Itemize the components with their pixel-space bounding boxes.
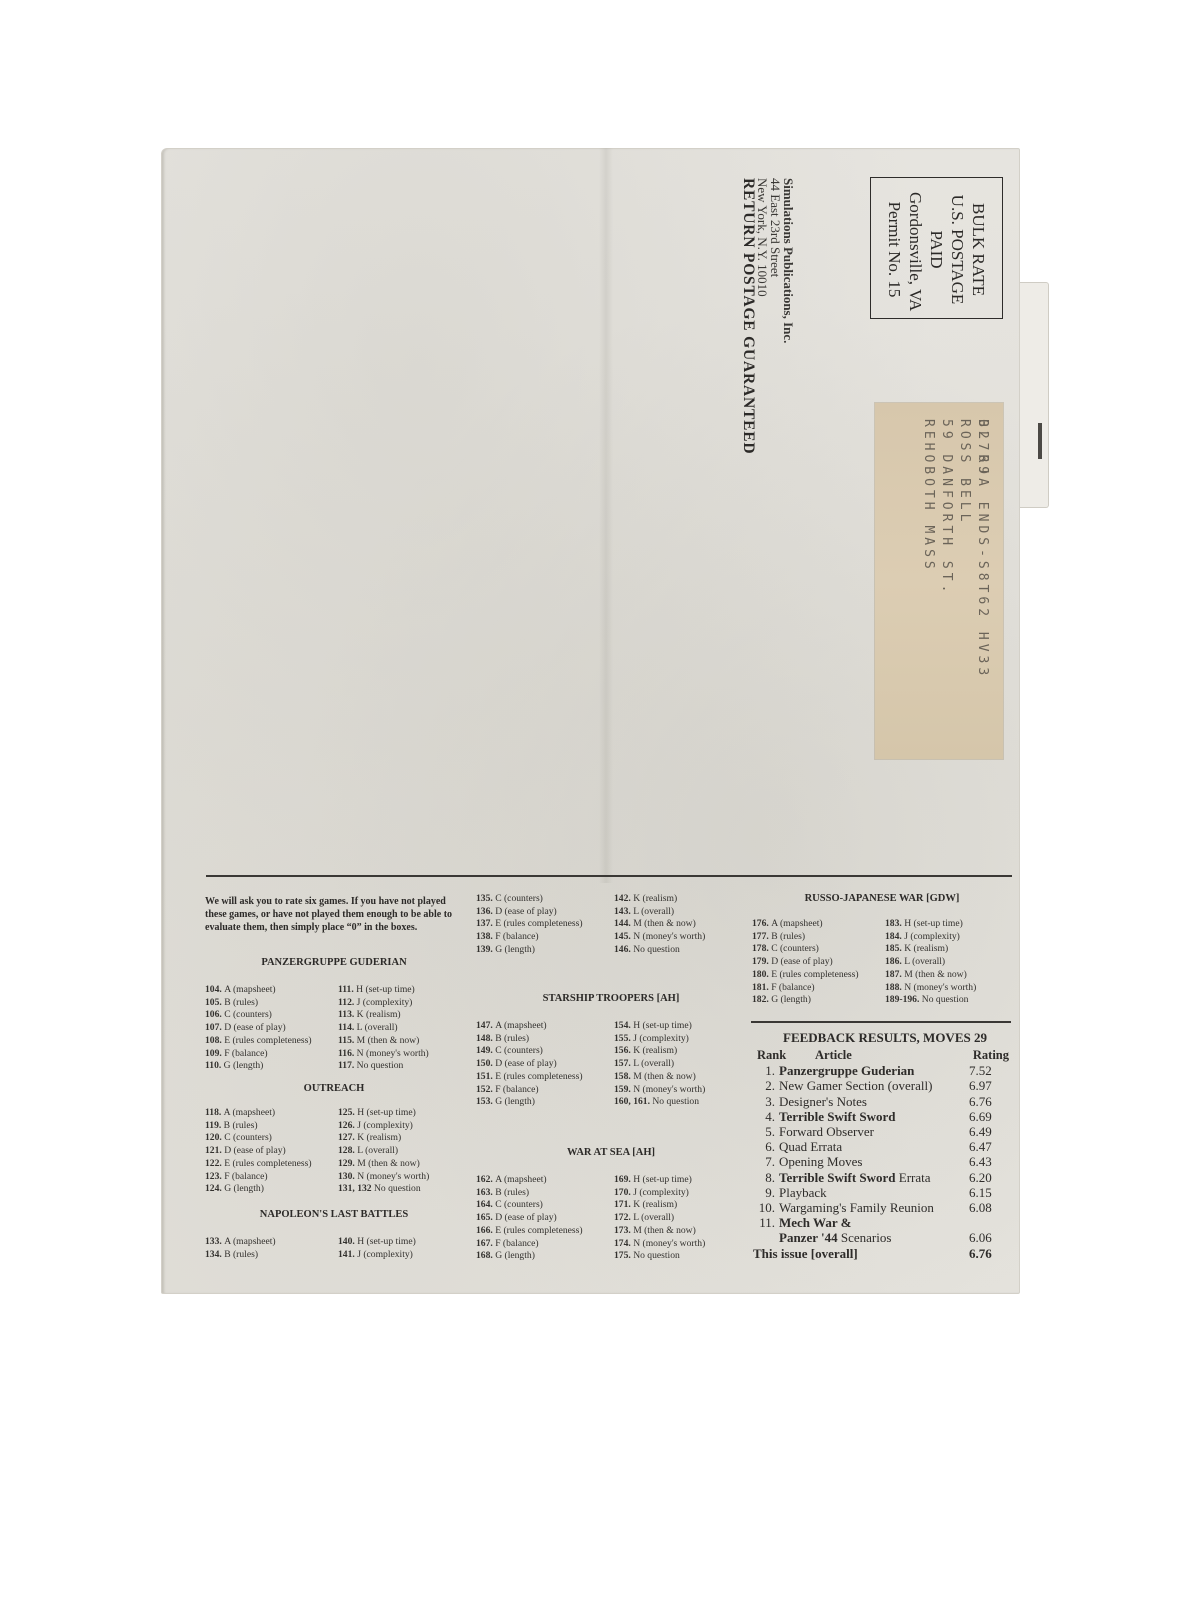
return-address: Simulations Publications, Inc. 44 East 2…	[740, 178, 795, 454]
result-rating: 6.76	[969, 1094, 1009, 1109]
result-rating: 6.43	[969, 1154, 1009, 1169]
result-rank: 7.	[753, 1154, 779, 1169]
result-rating: 6.20	[969, 1170, 1009, 1185]
question-item: 158. M (then & now)	[614, 1071, 746, 1084]
question-number: 150.	[476, 1058, 495, 1069]
question-number: 138.	[476, 931, 495, 942]
question-label: N (money's worth)	[357, 1048, 429, 1059]
question-number: 173.	[614, 1225, 633, 1236]
question-number: 129.	[338, 1158, 357, 1169]
question-number: 181.	[752, 982, 771, 993]
question-label: D (ease of play)	[495, 906, 557, 917]
question-label: M (then & now)	[633, 918, 696, 929]
results-row: 8.Terrible Swift Sword Errata6.20	[753, 1170, 1009, 1185]
result-article: Panzergruppe Guderian	[779, 1063, 969, 1078]
question-item: 156. K (realism)	[614, 1045, 746, 1058]
game-title-outreach: OUTREACH	[205, 1083, 463, 1094]
question-item: 155. J (complexity)	[614, 1033, 746, 1046]
question-number: 153.	[476, 1096, 495, 1107]
question-label: J (complexity)	[633, 1187, 689, 1198]
question-item: 181. F (balance)	[752, 982, 879, 995]
results-divider	[751, 1021, 1011, 1023]
question-label: M (then & now)	[633, 1225, 696, 1236]
question-item: 162. A (mapsheet)	[476, 1174, 608, 1187]
question-number: 104.	[205, 984, 224, 995]
question-number: 167.	[476, 1238, 495, 1249]
question-item: 104. A (mapsheet)	[205, 984, 332, 997]
question-list-war-at-sea: 162. A (mapsheet)169. H (set-up time)163…	[476, 1174, 746, 1263]
question-number: 164.	[476, 1199, 495, 1210]
center-fold-crease	[599, 148, 613, 883]
question-number: 175.	[614, 1250, 633, 1261]
question-item: 140. H (set-up time)	[338, 1236, 465, 1249]
question-label: K (realism)	[904, 943, 948, 954]
question-number: 166.	[476, 1225, 495, 1236]
question-item: 108. E (rules completeness)	[205, 1035, 332, 1048]
question-item: 173. M (then & now)	[614, 1225, 746, 1238]
question-number: 109.	[205, 1048, 224, 1059]
question-label: B (rules)	[495, 1033, 529, 1044]
question-number: 144.	[614, 918, 633, 929]
question-item: 113. K (realism)	[338, 1009, 465, 1022]
question-label: A (mapsheet)	[224, 984, 275, 995]
question-number: 142.	[614, 893, 633, 904]
result-rank: 5.	[753, 1124, 779, 1139]
question-item: 160, 161. No question	[614, 1096, 746, 1109]
question-number: 151.	[476, 1071, 495, 1082]
question-number: 180.	[752, 969, 771, 980]
question-item: 111. H (set-up time)	[338, 984, 465, 997]
question-label: K (realism)	[633, 893, 677, 904]
question-item: 164. C (counters)	[476, 1199, 608, 1212]
results-row: 10.Wargaming's Family Reunion6.08	[753, 1200, 1009, 1215]
question-item: 106. C (counters)	[205, 1009, 332, 1022]
question-item: 124. G (length)	[205, 1183, 332, 1196]
question-label: No question	[633, 1250, 680, 1261]
header-rank: Rank	[753, 1048, 815, 1063]
question-item: 144. M (then & now)	[614, 918, 746, 931]
question-number: 136.	[476, 906, 495, 917]
question-number: 141.	[338, 1249, 357, 1260]
question-item: 118. A (mapsheet)	[205, 1107, 332, 1120]
question-item: 169. H (set-up time)	[614, 1174, 746, 1187]
overall-rating: 6.76	[969, 1246, 1009, 1261]
binding-staple-tab	[1020, 282, 1049, 508]
question-item: 174. N (money's worth)	[614, 1238, 746, 1251]
result-article: Terrible Swift Sword Errata	[779, 1170, 969, 1185]
indicia-line: U.S. POSTAGE	[947, 192, 968, 307]
game-title-panzergruppe-guderian: PANZERGRUPPE GUDERIAN	[205, 957, 463, 968]
question-label: G (length)	[495, 1096, 535, 1107]
question-number: 184.	[885, 931, 904, 942]
question-label: No question	[922, 994, 969, 1005]
question-number: 155.	[614, 1033, 633, 1044]
question-item: 177. B (rules)	[752, 931, 879, 944]
question-item: 138. F (balance)	[476, 931, 608, 944]
question-item: 168. G (length)	[476, 1250, 608, 1263]
question-label: A (mapsheet)	[224, 1236, 275, 1247]
question-list-napoleons-last-battles: 133. A (mapsheet)140. H (set-up time)134…	[205, 1236, 465, 1261]
question-number: 107.	[205, 1022, 224, 1033]
question-list-russo-japanese-war: 176. A (mapsheet)183. H (set-up time)177…	[752, 918, 1012, 1007]
question-number: 112.	[338, 997, 357, 1008]
question-item: 134. B (rules)	[205, 1249, 332, 1262]
question-label: J (complexity)	[357, 1249, 413, 1260]
question-label: B (rules)	[495, 1187, 529, 1198]
question-number: 162.	[476, 1174, 495, 1185]
question-label: G (length)	[771, 994, 811, 1005]
header-rating: Rating	[961, 1048, 1009, 1063]
question-item: 142. K (realism)	[614, 893, 746, 906]
result-article: Wargaming's Family Reunion	[779, 1200, 969, 1215]
question-label: E (rules completeness)	[771, 969, 858, 980]
result-rank: 6.	[753, 1139, 779, 1154]
question-number: 146.	[614, 944, 633, 955]
question-label: E (rules completeness)	[224, 1035, 311, 1046]
question-number: 149.	[476, 1045, 495, 1056]
results-row: 7.Opening Moves6.43	[753, 1154, 1009, 1169]
question-item: 115. M (then & now)	[338, 1035, 465, 1048]
question-item: 122. E (rules completeness)	[205, 1158, 332, 1171]
question-number: 105.	[205, 997, 224, 1008]
question-item: 167. F (balance)	[476, 1238, 608, 1251]
question-label: J (complexity)	[357, 997, 413, 1008]
question-label: B (rules)	[224, 1120, 258, 1131]
question-label: A (mapsheet)	[771, 918, 822, 929]
question-label: C (counters)	[495, 893, 543, 904]
question-number: 148.	[476, 1033, 495, 1044]
result-rank: 1.	[753, 1063, 779, 1078]
question-item: 128. L (overall)	[338, 1145, 465, 1158]
question-label: B (rules)	[224, 997, 258, 1008]
question-item: 170. J (complexity)	[614, 1187, 746, 1200]
question-item: 125. H (set-up time)	[338, 1107, 465, 1120]
question-label: E (rules completeness)	[495, 1071, 582, 1082]
question-item: 182. G (length)	[752, 994, 879, 1007]
question-item: 136. D (ease of play)	[476, 906, 608, 919]
question-number: 125.	[338, 1107, 357, 1118]
result-rating: 6.69	[969, 1109, 1009, 1124]
question-label: H (set-up time)	[633, 1174, 692, 1185]
question-item: 184. J (complexity)	[885, 931, 1012, 944]
question-label: A (mapsheet)	[224, 1107, 275, 1118]
question-item: 135. C (counters)	[476, 893, 608, 906]
indicia-line: Permit No. 15	[884, 192, 905, 307]
question-label: F (balance)	[495, 1084, 538, 1095]
question-item: 117. No question	[338, 1060, 465, 1073]
feedback-results-title: FEEDBACK RESULTS, MOVES 29	[760, 1030, 1010, 1046]
question-number: 188.	[885, 982, 904, 993]
question-label: G (length)	[495, 944, 535, 955]
result-article: Mech War &	[779, 1215, 969, 1230]
question-number: 159.	[614, 1084, 633, 1095]
question-number: 160, 161.	[614, 1096, 652, 1107]
question-item: 127. K (realism)	[338, 1132, 465, 1145]
question-number: 106.	[205, 1009, 224, 1020]
question-label: C (counters)	[224, 1132, 272, 1143]
question-label: J (complexity)	[904, 931, 960, 942]
question-number: 116.	[338, 1048, 357, 1059]
indicia-line: Gordonsville, VA	[905, 192, 926, 307]
question-number: 137.	[476, 918, 495, 929]
question-number: 165.	[476, 1212, 495, 1223]
results-rows: 1.Panzergruppe Guderian7.522.New Gamer S…	[753, 1063, 1009, 1245]
question-number: 140.	[338, 1236, 357, 1247]
result-rating: 6.08	[969, 1200, 1009, 1215]
question-number: 108.	[205, 1035, 224, 1046]
question-item: 148. B (rules)	[476, 1033, 608, 1046]
result-rank: 3.	[753, 1094, 779, 1109]
question-item: 133. A (mapsheet)	[205, 1236, 332, 1249]
question-label: E (rules completeness)	[495, 1225, 582, 1236]
question-label: F (balance)	[224, 1048, 267, 1059]
question-number: 147.	[476, 1020, 495, 1031]
question-number: 115.	[338, 1035, 357, 1046]
question-label: J (complexity)	[633, 1033, 689, 1044]
result-article: Opening Moves	[779, 1154, 969, 1169]
question-number: 118.	[205, 1107, 224, 1118]
question-label: N (money's worth)	[904, 982, 976, 993]
question-item: 179. D (ease of play)	[752, 956, 879, 969]
overall-label: This issue [overall]	[753, 1246, 969, 1261]
question-item: 171. K (realism)	[614, 1199, 746, 1212]
question-item: 143. L (overall)	[614, 906, 746, 919]
question-item: 151. E (rules completeness)	[476, 1071, 608, 1084]
result-rating: 6.47	[969, 1139, 1009, 1154]
question-item: 180. E (rules completeness)	[752, 969, 879, 982]
question-item: 131, 132 No question	[338, 1183, 465, 1196]
question-label: G (length)	[224, 1060, 264, 1071]
question-label: C (counters)	[495, 1199, 543, 1210]
game-title-russo-japanese-war: RUSSO-JAPANESE WAR [GDW]	[752, 893, 1012, 904]
question-label: L (overall)	[904, 956, 945, 967]
question-label: M (then & now)	[357, 1158, 420, 1169]
question-item: 187. M (then & now)	[885, 969, 1012, 982]
question-item: 147. A (mapsheet)	[476, 1020, 608, 1033]
question-number: 114.	[338, 1022, 357, 1033]
results-overall-row: This issue [overall] 6.76	[753, 1246, 1009, 1261]
result-article: Panzer '44 Scenarios	[779, 1230, 969, 1245]
results-row: 9.Playback6.15	[753, 1185, 1009, 1200]
label-line: ROSS BELL	[955, 419, 973, 679]
results-row: 5.Forward Observer6.49	[753, 1124, 1009, 1139]
indicia-line: BULK RATE	[968, 192, 989, 307]
question-item: 185. K (realism)	[885, 943, 1012, 956]
question-item: 119. B (rules)	[205, 1120, 332, 1133]
results-row: 2.New Gamer Section (overall)6.97	[753, 1078, 1009, 1093]
result-rating: 6.06	[969, 1230, 1009, 1245]
result-article: Terrible Swift Sword	[779, 1109, 969, 1124]
question-label: No question	[652, 1096, 699, 1107]
question-number: 185.	[885, 943, 904, 954]
question-number: 170.	[614, 1187, 633, 1198]
return-postage-notice: RETURN POSTAGE GUARANTEED	[740, 178, 756, 454]
question-label: D (ease of play)	[224, 1022, 286, 1033]
question-number: 183.	[885, 918, 904, 929]
question-label: E (rules completeness)	[495, 918, 582, 929]
question-item: 130. N (money's worth)	[338, 1171, 465, 1184]
postage-indicia-box: BULK RATE U.S. POSTAGE PAID Gordonsville…	[870, 177, 1003, 319]
question-number: 126.	[338, 1120, 357, 1131]
question-list-outreach: 118. A (mapsheet)125. H (set-up time)119…	[205, 1107, 465, 1196]
label-line: 59 DANFORTH ST.	[937, 419, 955, 679]
question-number: 156.	[614, 1045, 633, 1056]
question-item: 153. G (length)	[476, 1096, 608, 1109]
question-item: 186. L (overall)	[885, 956, 1012, 969]
question-number: 113.	[338, 1009, 357, 1020]
question-label: L (overall)	[357, 1145, 398, 1156]
question-number: 178.	[752, 943, 771, 954]
result-rating: 6.49	[969, 1124, 1009, 1139]
question-number: 134.	[205, 1249, 224, 1260]
question-label: F (balance)	[224, 1171, 267, 1182]
question-number: 179.	[752, 956, 771, 967]
question-item: 110. G (length)	[205, 1060, 332, 1073]
question-label: N (money's worth)	[633, 1084, 705, 1095]
results-row: 4.Terrible Swift Sword6.69	[753, 1109, 1009, 1124]
publisher-city: New York, N.Y. 10010	[756, 178, 769, 454]
question-item: 152. F (balance)	[476, 1084, 608, 1097]
question-number: 124.	[205, 1183, 224, 1194]
question-label: M (then & now)	[357, 1035, 420, 1046]
question-number: 176.	[752, 918, 771, 929]
question-item: 121. D (ease of play)	[205, 1145, 332, 1158]
results-row: 1.Panzergruppe Guderian7.52	[753, 1063, 1009, 1078]
result-rank: 4.	[753, 1109, 779, 1124]
question-number: 143.	[614, 906, 633, 917]
question-label: H (set-up time)	[357, 1107, 416, 1118]
question-label: N (money's worth)	[357, 1171, 429, 1182]
question-number: 117.	[338, 1060, 357, 1071]
indicia-line: PAID	[926, 192, 947, 307]
question-label: H (set-up time)	[357, 1236, 416, 1247]
question-label: J (complexity)	[357, 1120, 413, 1131]
question-item: 183. H (set-up time)	[885, 918, 1012, 931]
question-number: 186.	[885, 956, 904, 967]
question-label: N (money's worth)	[633, 931, 705, 942]
question-label: D (ease of play)	[771, 956, 833, 967]
label-code-text: 02769	[973, 419, 991, 478]
question-number: 154.	[614, 1020, 633, 1031]
question-label: No question	[374, 1183, 421, 1194]
question-label: N (money's worth)	[633, 1238, 705, 1249]
question-label: No question	[633, 944, 680, 955]
question-item: 109. F (balance)	[205, 1048, 332, 1061]
question-label: K (realism)	[357, 1009, 401, 1020]
result-rating	[969, 1215, 1009, 1230]
result-rank: 10.	[753, 1200, 779, 1215]
game-title-war-at-sea: WAR AT SEA [AH]	[476, 1147, 746, 1158]
question-item: 176. A (mapsheet)	[752, 918, 879, 931]
result-rank: 8.	[753, 1170, 779, 1185]
question-number: 177.	[752, 931, 771, 942]
question-label: G (length)	[495, 1250, 535, 1261]
result-rank	[753, 1230, 779, 1245]
game-title-starship-troopers: STARSHIP TROOPERS [AH]	[476, 993, 746, 1004]
result-rating: 6.97	[969, 1078, 1009, 1093]
indicia-text: BULK RATE U.S. POSTAGE PAID Gordonsville…	[884, 192, 989, 307]
question-number: 133.	[205, 1236, 224, 1247]
question-label: H (set-up time)	[904, 918, 963, 929]
question-item: 105. B (rules)	[205, 997, 332, 1010]
question-label: F (balance)	[495, 1238, 538, 1249]
question-number: 135.	[476, 893, 495, 904]
result-rating: 6.15	[969, 1185, 1009, 1200]
question-number: 110.	[205, 1060, 224, 1071]
question-list-panzergruppe-guderian: 104. A (mapsheet)111. H (set-up time)105…	[205, 984, 465, 1073]
question-number: 131, 132	[338, 1183, 374, 1194]
question-label: H (set-up time)	[633, 1020, 692, 1031]
question-item: 165. D (ease of play)	[476, 1212, 608, 1225]
question-label: M (then & now)	[904, 969, 967, 980]
question-number: 152.	[476, 1084, 495, 1095]
question-number: 121.	[205, 1145, 224, 1156]
question-item: 112. J (complexity)	[338, 997, 465, 1010]
question-item: 116. N (money's worth)	[338, 1048, 465, 1061]
question-number: 139.	[476, 944, 495, 955]
question-number: 130.	[338, 1171, 357, 1182]
question-number: 172.	[614, 1212, 633, 1223]
question-number: 174.	[614, 1238, 633, 1249]
label-line: REHOBOTH MASS	[919, 419, 937, 679]
question-item: 139. G (length)	[476, 944, 608, 957]
question-label: M (then & now)	[633, 1071, 696, 1082]
question-item: 154. H (set-up time)	[614, 1020, 746, 1033]
question-number: 127.	[338, 1132, 357, 1143]
question-item: 188. N (money's worth)	[885, 982, 1012, 995]
question-list-starship-troopers: 147. A (mapsheet)154. H (set-up time)148…	[476, 1020, 746, 1109]
question-item: 189-196. No question	[885, 994, 1012, 1007]
question-list-napoleons-last-battles-cont: 135. C (counters)142. K (realism)136. D …	[476, 893, 746, 957]
question-item: 149. C (counters)	[476, 1045, 608, 1058]
question-item: 172. L (overall)	[614, 1212, 746, 1225]
question-label: L (overall)	[357, 1022, 398, 1033]
result-article: Playback	[779, 1185, 969, 1200]
result-rank: 9.	[753, 1185, 779, 1200]
question-item: 157. L (overall)	[614, 1058, 746, 1071]
header-article: Article	[815, 1048, 961, 1063]
question-label: L (overall)	[633, 906, 674, 917]
results-row: Panzer '44 Scenarios6.06	[753, 1230, 1009, 1245]
question-item: 159. N (money's worth)	[614, 1084, 746, 1097]
question-item: 120. C (counters)	[205, 1132, 332, 1145]
section-divider	[206, 875, 1012, 877]
question-label: L (overall)	[633, 1212, 674, 1223]
feedback-intro: We will ask you to rate six games. If yo…	[205, 895, 463, 934]
question-number: 119.	[205, 1120, 224, 1131]
publisher-name: Simulations Publications, Inc.	[782, 178, 795, 454]
result-article: Forward Observer	[779, 1124, 969, 1139]
question-item: 107. D (ease of play)	[205, 1022, 332, 1035]
question-label: K (realism)	[633, 1199, 677, 1210]
question-label: No question	[357, 1060, 404, 1071]
question-number: 120.	[205, 1132, 224, 1143]
question-item: 137. E (rules completeness)	[476, 918, 608, 931]
result-rank: 11.	[753, 1215, 779, 1230]
question-number: 122.	[205, 1158, 224, 1169]
question-label: C (counters)	[224, 1009, 272, 1020]
question-number: 145.	[614, 931, 633, 942]
results-row: 6.Quad Errata6.47	[753, 1139, 1009, 1154]
question-number: 163.	[476, 1187, 495, 1198]
question-number: 189-196.	[885, 994, 922, 1005]
result-article: New Gamer Section (overall)	[779, 1078, 969, 1093]
question-item: 178. C (counters)	[752, 943, 879, 956]
question-label: C (counters)	[771, 943, 819, 954]
question-label: D (ease of play)	[495, 1212, 557, 1223]
result-article: Designer's Notes	[779, 1094, 969, 1109]
question-item: 163. B (rules)	[476, 1187, 608, 1200]
